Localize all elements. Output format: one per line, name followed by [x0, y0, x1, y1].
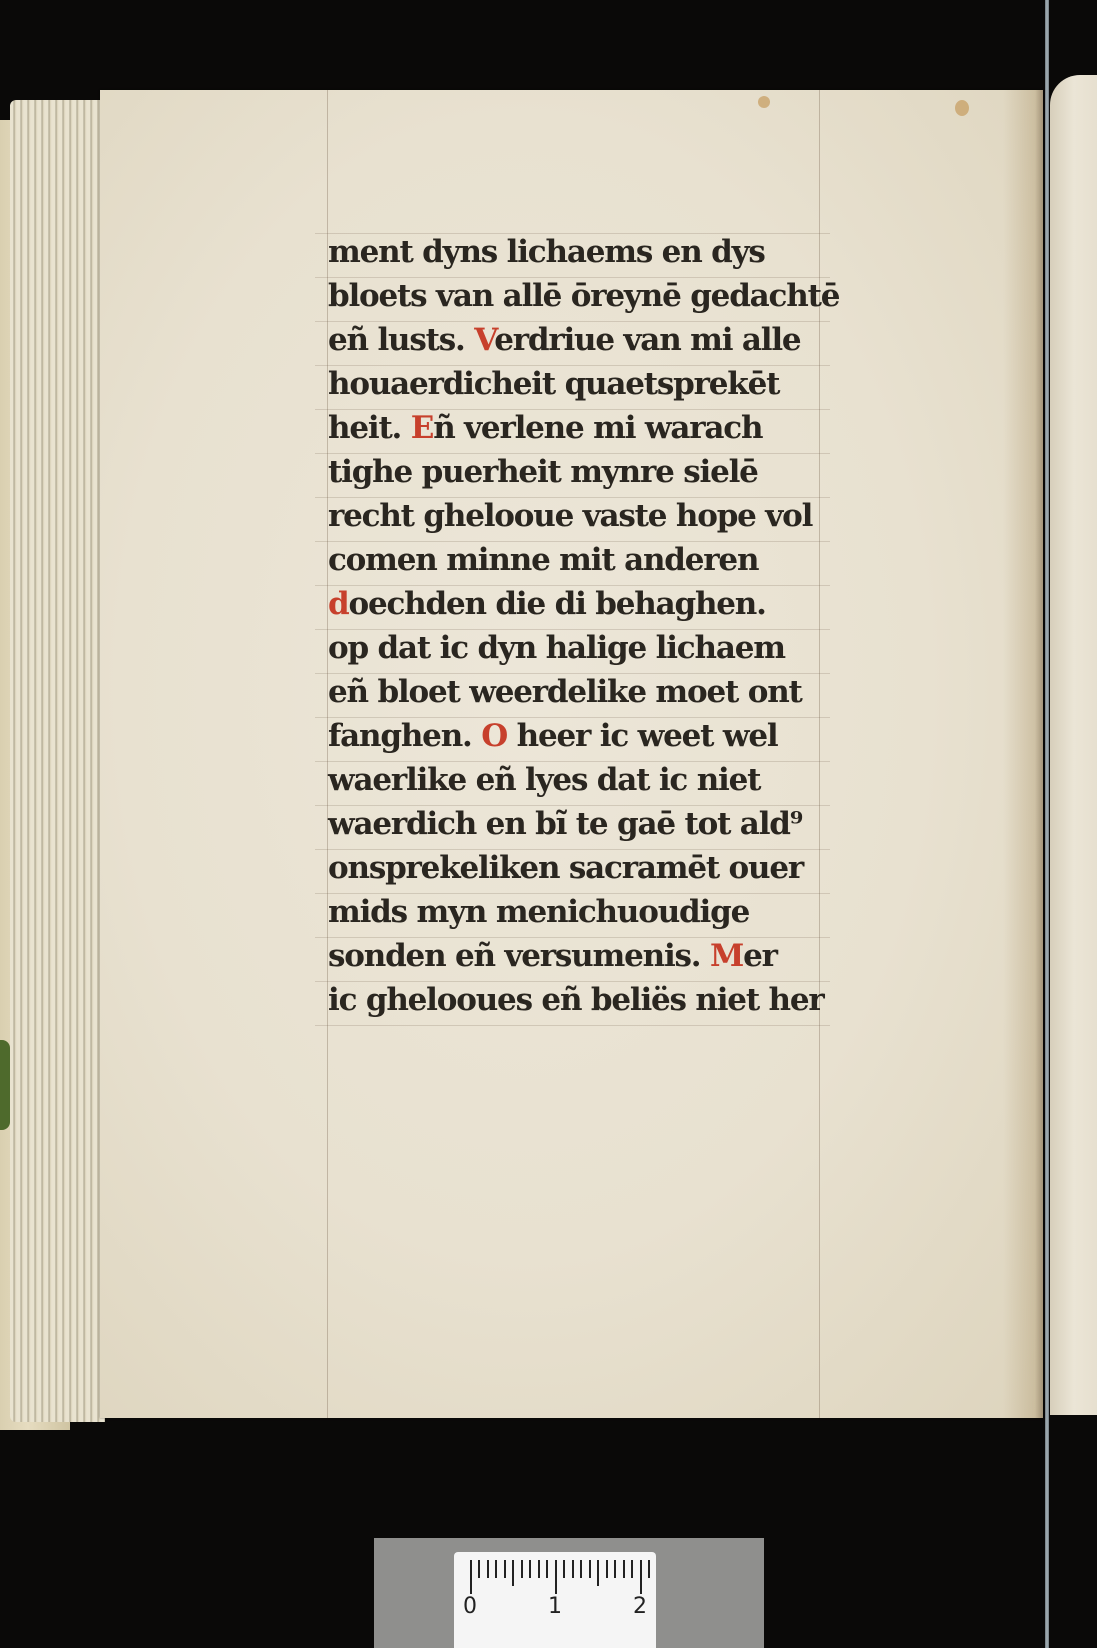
text-line: eñ bloet weerdelike moet ont	[328, 670, 828, 714]
text-line: houaerdicheit quaetsprekēt	[328, 362, 828, 406]
rubricated-initial: M	[710, 938, 743, 974]
stain-spot	[758, 96, 770, 108]
scale-ruler-card: 0 1 2	[374, 1538, 764, 1648]
ruler-tick	[563, 1560, 565, 1578]
manuscript-page: ment dyns lichaems en dys bloets van all…	[100, 90, 1043, 1418]
ruler-tick	[589, 1560, 591, 1578]
ruler-tick	[538, 1560, 540, 1578]
ruler-tick	[487, 1560, 489, 1578]
ruler-tick	[504, 1560, 506, 1578]
text-line: onsprekeliken sacramēt ouer	[328, 846, 828, 890]
text-line: mids myn menichuoudige	[328, 890, 828, 934]
rubricated-initial: d	[328, 586, 348, 622]
text-line: eñ lusts. Verdriue van mi alle	[328, 318, 828, 362]
text-block: ment dyns lichaems en dys bloets van all…	[328, 230, 828, 1022]
page-stack-edges	[10, 100, 105, 1422]
text-line: comen minne mit anderen	[328, 538, 828, 582]
text-line: bloets van allē ōreynē gedachtē	[328, 274, 828, 318]
ruler-tick	[495, 1560, 497, 1578]
rubricated-initial: E	[411, 410, 433, 446]
ruler-tick	[614, 1560, 616, 1578]
text-line: ic ghelooues eñ beliës niet her	[328, 978, 828, 1022]
line-rule	[315, 1025, 830, 1026]
ruler-label-2: 2	[633, 1594, 647, 1619]
rubricated-initial: V	[474, 322, 494, 358]
text-line: waerdich en bĩ te gaē tot ald⁹	[328, 802, 828, 846]
text-line: doechden die di behaghen.	[328, 582, 828, 626]
ruler-tick	[529, 1560, 531, 1578]
ruler-tick	[580, 1560, 582, 1578]
ruler-tick	[546, 1560, 548, 1578]
facing-page-edge	[1050, 75, 1097, 1415]
ruler-tick	[606, 1560, 608, 1578]
ruler-tick-major	[555, 1560, 557, 1594]
text-line: recht ghelooue vaste hope vol	[328, 494, 828, 538]
ruler-label-1: 1	[548, 1594, 562, 1619]
ruler-label-0: 0	[463, 1594, 477, 1619]
ruler-tick-mid	[597, 1560, 599, 1586]
text-line: heit. Eñ verlene mi warach	[328, 406, 828, 450]
glass-plate-edge	[1045, 0, 1049, 1648]
page-soiled-edge	[1003, 90, 1043, 1418]
text-line: ment dyns lichaems en dys	[328, 230, 828, 274]
text-line: waerlike eñ lyes dat ic niet	[328, 758, 828, 802]
stain-spot	[955, 100, 969, 116]
ruler-tick	[623, 1560, 625, 1578]
ruler-tick	[648, 1560, 650, 1578]
text-line: op dat ic dyn halige lichaem	[328, 626, 828, 670]
text-line: tighe puerheit mynre sielē	[328, 450, 828, 494]
ruler-tick	[572, 1560, 574, 1578]
green-stain	[0, 1040, 10, 1130]
ruler-tick	[521, 1560, 523, 1578]
ruler-tick-mid	[512, 1560, 514, 1586]
ruler-tick	[631, 1560, 633, 1578]
rubricated-initial: O	[481, 718, 507, 754]
text-line: sonden eñ versumenis. Mer	[328, 934, 828, 978]
ruler-tick-major	[470, 1560, 472, 1594]
ruler-tick-major	[640, 1560, 642, 1594]
ruler-tick	[478, 1560, 480, 1578]
text-line: fanghen. O heer ic weet wel	[328, 714, 828, 758]
scale-ruler: 0 1 2	[454, 1552, 656, 1648]
